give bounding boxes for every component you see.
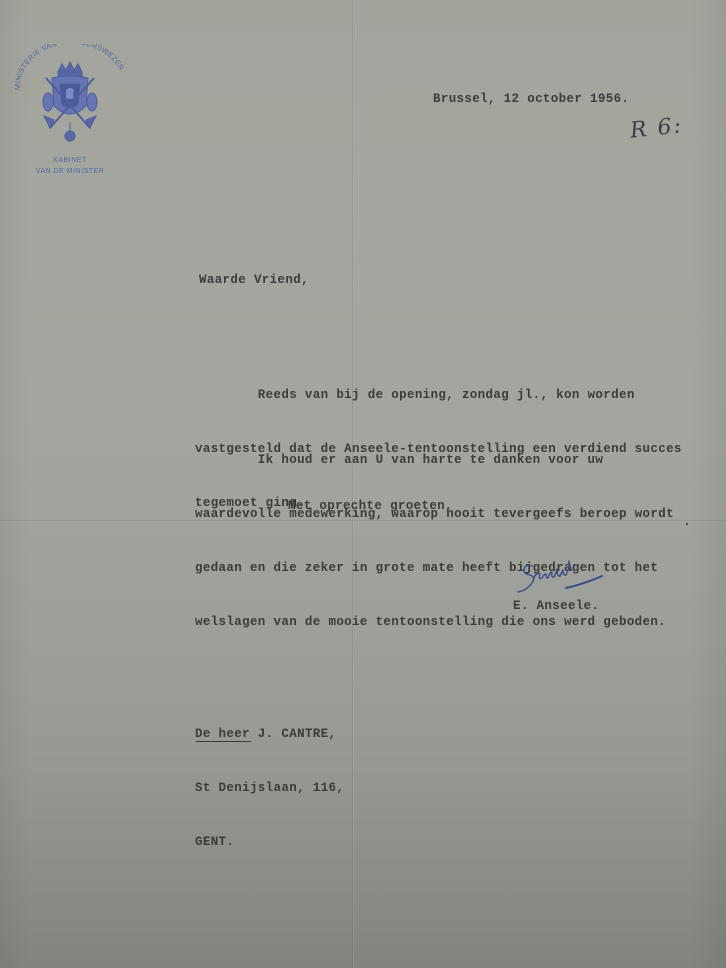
signature-icon	[510, 548, 630, 598]
paper-shadow	[0, 760, 726, 968]
paragraph-line: welslagen van de mooie tentoonstelling d…	[195, 613, 674, 631]
letterhead-cabinet: KABINET	[8, 157, 132, 164]
body-paragraph-2: Ik houd er aan U van harte te danken voo…	[195, 415, 674, 667]
letterhead-minister: VAN DE MINISTER	[8, 168, 132, 175]
recipient-street: St Denijslaan, 116,	[195, 779, 344, 797]
signer-name: E. Anseele.	[513, 597, 599, 615]
salutation: Waarde Vriend,	[199, 271, 309, 289]
letterhead: MINISTERIE VAN VERKEERSWEZEN	[8, 44, 132, 184]
letter-page: MINISTERIE VAN VERKEERSWEZEN	[0, 0, 726, 968]
handwritten-note: R 6:	[629, 113, 684, 143]
ink-speck	[686, 523, 688, 525]
closing: Met oprechte groeten,	[288, 497, 453, 515]
paragraph-line: Reeds van bij de opening, zondag jl., ko…	[195, 386, 682, 404]
recipient-city: GENT.	[195, 833, 344, 851]
paragraph-line: Ik houd er aan U van harte te danken voo…	[195, 451, 674, 469]
recipient-address: De heer J. CANTRE, St Denijslaan, 116, G…	[195, 689, 344, 887]
belgian-coat-of-arms-icon: MINISTERIE VAN VERKEERSWEZEN	[8, 44, 132, 156]
letter-date: Brussel, 12 october 1956.	[433, 90, 629, 108]
city-underline	[196, 741, 251, 742]
